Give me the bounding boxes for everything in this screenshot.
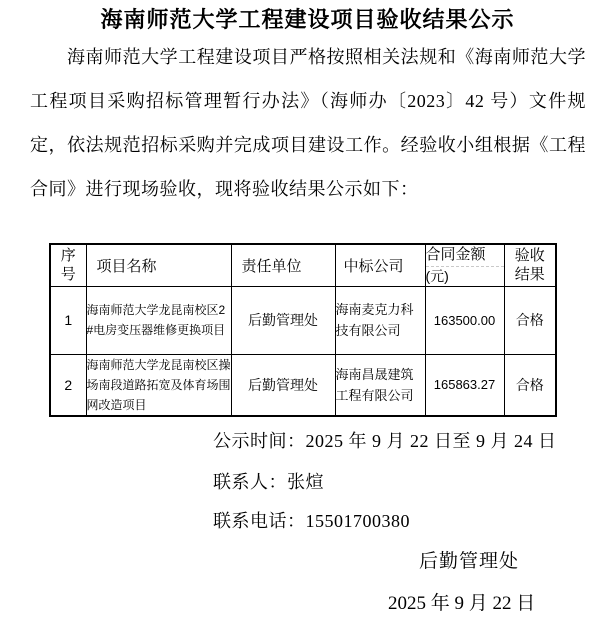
paragraph-line-1: 海南师范大学工程建设项目严格按照相关法规和《海南师范大学	[30, 46, 586, 68]
paragraph-line-2: 工程项目采购招标管理暂行办法》（海师办〔2023〕42 号）文件规	[30, 90, 586, 112]
col-header-no: 序号	[50, 244, 86, 286]
row1-contract-amount: 163500.00	[425, 286, 504, 354]
publicity-period: 公示时间：2025 年 9 月 22 日至 9 月 24 日	[213, 427, 557, 453]
row2-project-name: 海南师范大学龙昆南校区操场南段道路拓宽及体育场围网改造项目	[86, 354, 231, 416]
issuer-signature: 后勤管理处	[419, 546, 519, 573]
col-header-winning-company: 中标公司	[335, 244, 425, 286]
row2-no: 2	[50, 354, 86, 416]
intro-paragraph: 海南师范大学工程建设项目严格按照相关法规和《海南师范大学 工程项目采购招标管理暂…	[30, 46, 586, 200]
col-header-acceptance-result-label: 验收结果	[514, 246, 546, 284]
paragraph-line-3: 定，依法规范招标采购并完成项目建设工作。经验收小组根据《工程	[30, 134, 586, 156]
row1-acceptance-result: 合格	[504, 286, 556, 354]
col-header-no-label: 序号	[60, 246, 76, 284]
col-header-contract-amount-unit: (元)	[426, 267, 504, 285]
table-header-row: 序号 项目名称 责任单位 中标公司 合同金额 (元) 验收结果	[50, 244, 556, 286]
row1-responsible-unit: 后勤管理处	[231, 286, 335, 354]
acceptance-results-table: 序号 项目名称 责任单位 中标公司 合同金额 (元) 验收结果	[49, 243, 557, 417]
issue-date: 2025 年 9 月 22 日	[388, 588, 535, 615]
row1-winning-company: 海南麦克力科技有限公司	[335, 286, 425, 354]
col-header-acceptance-result: 验收结果	[504, 244, 556, 286]
notice-document: 海南师范大学工程建设项目验收结果公示 海南师范大学工程建设项目严格按照相关法规和…	[0, 0, 615, 620]
row1-no: 1	[50, 286, 86, 354]
table-row: 1 海南师范大学龙昆南校区2#电房变压器维修更换项目 后勤管理处 海南麦克力科技…	[50, 286, 556, 354]
row2-acceptance-result: 合格	[504, 354, 556, 416]
contact-person: 联系人：张煊	[213, 468, 324, 494]
row2-contract-amount: 165863.27	[425, 354, 504, 416]
col-header-project-name-label: 项目名称	[87, 255, 231, 276]
row1-project-name: 海南师范大学龙昆南校区2#电房变压器维修更换项目	[86, 286, 231, 354]
row2-responsible-unit: 后勤管理处	[231, 354, 335, 416]
col-header-project-name: 项目名称	[86, 244, 231, 286]
col-header-contract-amount-label: 合同金额	[426, 246, 504, 267]
paragraph-line-4: 合同》进行现场验收，现将验收结果公示如下：	[30, 178, 586, 200]
col-header-responsible-unit-label: 责任单位	[232, 255, 335, 276]
table-row: 2 海南师范大学龙昆南校区操场南段道路拓宽及体育场围网改造项目 后勤管理处 海南…	[50, 354, 556, 416]
row2-winning-company: 海南昌晟建筑工程有限公司	[335, 354, 425, 416]
col-header-responsible-unit: 责任单位	[231, 244, 335, 286]
col-header-winning-company-label: 中标公司	[336, 255, 425, 276]
page-title: 海南师范大学工程建设项目验收结果公示	[0, 3, 615, 34]
col-header-contract-amount: 合同金额 (元)	[425, 244, 504, 286]
contact-phone: 联系电话：15501700380	[213, 507, 410, 533]
